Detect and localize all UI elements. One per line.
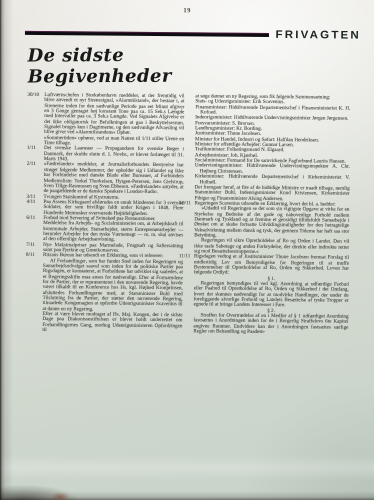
right-column: at søge dannet en ny Regering, som fik f…: [193, 94, 350, 336]
paragraph: »Udadtil vil Regeringen se det som sin v…: [194, 207, 349, 240]
date-marker: 1/11: [27, 146, 42, 151]
paragraph-text: Rigsdagen vedtog et af Justitsminister T…: [194, 254, 349, 276]
paragraph-text: »Fædrelandet« meddeler, at Journalistfor…: [44, 162, 184, 196]
date-marker: 11/11: [179, 255, 194, 260]
paragraph: Efter at være blevet modtaget af Hs. Maj…: [42, 312, 182, 335]
date-marker: 6/11: [26, 216, 41, 221]
left-column: 30/10Luftværnschefen i Storkøbenhavn med…: [42, 93, 184, 335]
page-number: 19: [0, 6, 374, 16]
paragraph-text: Meddelelse fra Arbejds- og Socialministe…: [43, 220, 183, 243]
paragraph: Meddelelse fra Arbejds- og Socialministe…: [43, 221, 183, 244]
paragraph-text: Det fremgaar heraf, at fire af de hidtid…: [195, 184, 350, 201]
paragraph: Regeringen bemyndiges til ved kgl. Anord…: [194, 281, 349, 309]
paragraph-text: Efter at være blevet modtaget af Hs. Maj…: [42, 311, 182, 333]
masthead-rule: [25, 31, 269, 38]
date-marker: 30/10: [27, 93, 42, 98]
date-marker: 7/11: [26, 243, 41, 248]
paragraph: 2/11»Fædrelandet« meddeler, at Journalis…: [44, 163, 184, 196]
paragraph: Straffen for Overtrædelse af en i Medfør…: [193, 313, 348, 336]
paragraph-text: Regeringen vil sikre Opretholdelse af Ro…: [194, 238, 349, 255]
paragraph-text: Regeringen bemyndiges til ved kgl. Anord…: [194, 280, 349, 308]
masthead-row: FRIVAGTEN: [25, 27, 361, 42]
paragraph-text: Straffen for Overtrædelse af en i Medfør…: [193, 313, 348, 336]
paragraph-text: Paa Assens Kirkegaard afsløredes en smuk…: [43, 199, 183, 217]
date-marker: 4/11: [26, 200, 41, 205]
article-title: De sidste Begivenheder: [28, 44, 258, 87]
scanned-magazine-page: 19 FRIVAGTEN De sidste Begivenheder 30/1…: [0, 0, 374, 500]
paragraph-text: Kirkeminister: Hidtilværende Departement…: [195, 174, 350, 186]
paragraph-text: Det svenske Laaneaar — Propagandaen for …: [44, 145, 184, 162]
paragraph: Af Forhandlinger, som har fundet Sted in…: [43, 259, 183, 314]
masthead: FRIVAGTEN: [276, 29, 362, 41]
paragraph: 30/10Luftværnschefen i Storkøbenhavn med…: [44, 93, 184, 137]
article-columns: 30/10Luftværnschefen i Storkøbenhavn med…: [42, 93, 350, 336]
page-content: 19 FRIVAGTEN De sidste Begivenheder 30/1…: [0, 0, 374, 500]
paragraph-text: Af Forhandlinger, som har fundet Sted in…: [43, 258, 183, 312]
paragraph-text: »Udadtil vil Regeringen se det som sin v…: [194, 206, 349, 239]
paragraph-text: Luftværnschefen i Storkøbenhavn meddeler…: [44, 92, 184, 136]
date-marker: 2/11: [27, 162, 42, 167]
date-marker: 8/11: [26, 253, 41, 258]
paragraph: 11/11Rigsdagen vedtog et af Justitsminis…: [194, 255, 349, 278]
date-marker: 10/11: [179, 201, 194, 206]
